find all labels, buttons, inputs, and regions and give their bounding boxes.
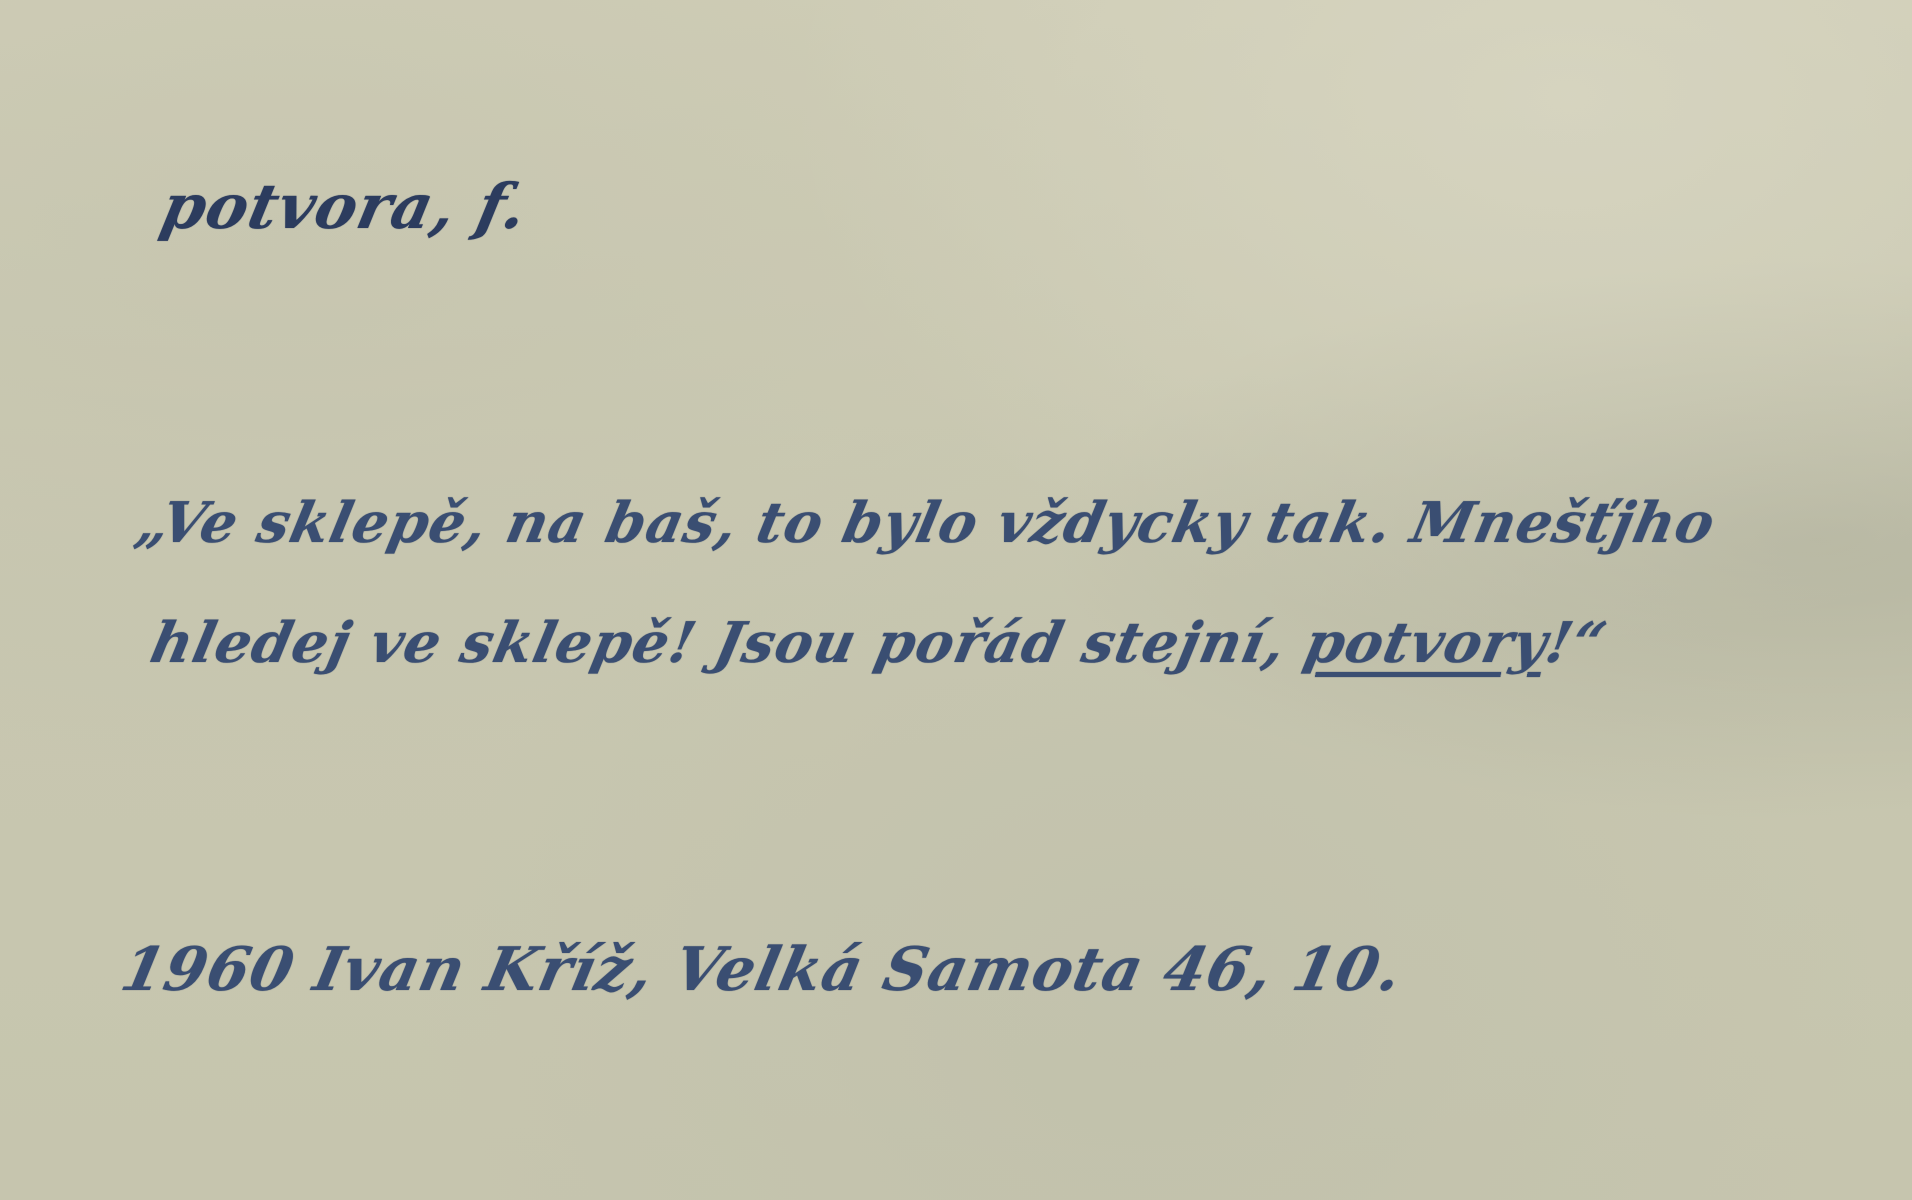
quote-line-2: hledej ve sklepě! Jsou pořád stejní, pot… xyxy=(145,610,1613,676)
citation-reference: 46, 10. xyxy=(1157,935,1409,1005)
quote-text-2: hledej ve sklepě! Jsou pořád stejní, xyxy=(145,610,1313,676)
quote-closing: !“ xyxy=(1540,610,1613,676)
citation-author: Ivan Kříž, xyxy=(308,935,661,1005)
citation-line: 1960 Ivan Kříž, Velká Samota 46, 10. xyxy=(115,935,1409,1005)
quote-text-1: „Ve sklepě, na baš, to bylo vždycky tak.… xyxy=(130,490,1721,556)
quote-line-1: „Ve sklepě, na baš, to bylo vždycky tak.… xyxy=(130,490,1721,556)
citation-place: Velká Samota xyxy=(668,935,1151,1005)
dictionary-slip-card: potvora, f. „Ve sklepě, na baš, to bylo … xyxy=(0,0,1912,1200)
quote-underlined-word: potvory xyxy=(1299,610,1554,676)
citation-year: 1960 xyxy=(115,935,301,1005)
headword-line: potvora, f. xyxy=(155,170,534,243)
headword: potvora xyxy=(155,170,441,243)
